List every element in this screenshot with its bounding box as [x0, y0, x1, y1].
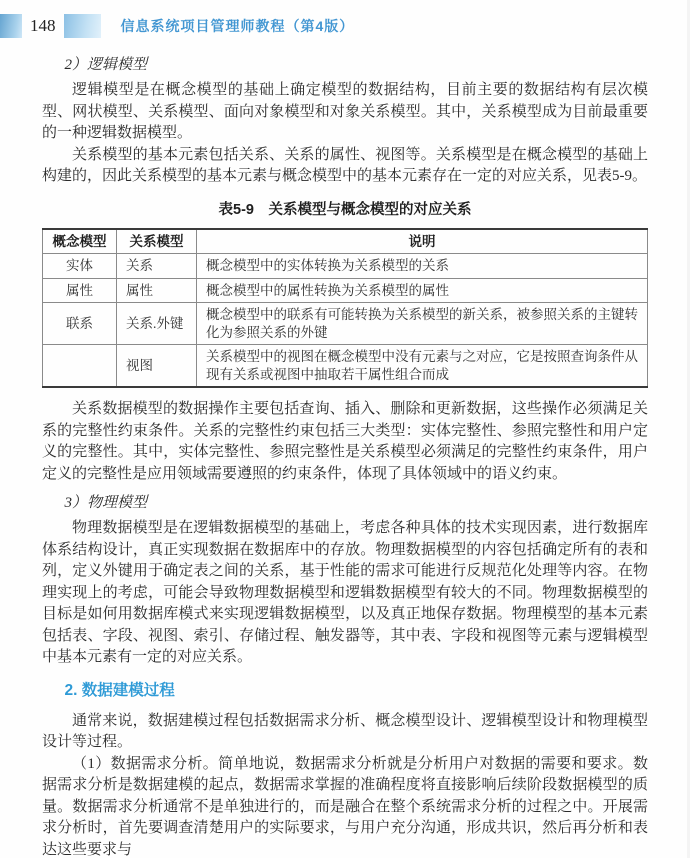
- header-decoration-bar: [64, 14, 101, 38]
- section-heading-data-modeling-process: 2. 数据建模过程: [42, 680, 648, 702]
- page-corner-decoration: [0, 14, 22, 38]
- cell-description: 概念模型中的属性转换为关系模型的属性: [197, 278, 648, 303]
- cell-relational: 属性: [117, 278, 197, 303]
- page-header: 148 信息系统项目管理师教程（第4版）: [0, 0, 690, 38]
- paragraph-relational-elements: 关系模型的基本元素包括关系、关系的属性、视图等。关系模型是在概念模型的基础上构建…: [42, 145, 648, 188]
- cell-relational: 视图: [117, 345, 197, 388]
- cell-concept: 联系: [43, 303, 117, 345]
- table-row: 联系 关系.外键 概念模型中的联系有可能转换为关系模型的新关系，被参照关系的主键…: [43, 303, 648, 345]
- column-header-description: 说明: [197, 229, 648, 254]
- table-caption: 表5-9 关系模型与概念模型的对应关系: [42, 200, 648, 220]
- cell-concept: [43, 345, 117, 388]
- page-content: 2）逻辑模型 逻辑模型是在概念模型的基础上确定模型的数据结构，目前主要的数据结构…: [42, 54, 648, 858]
- column-header-relational-model: 关系模型: [117, 229, 197, 254]
- paragraph-logical-model-intro: 逻辑模型是在概念模型的基础上确定模型的数据结构，目前主要的数据结构有层次模型、网…: [42, 80, 648, 145]
- paragraph-data-requirement-analysis: （1）数据需求分析。简单地说，数据需求分析就是分析用户对数据的需要和要求。数据需…: [42, 754, 648, 858]
- cell-concept: 属性: [43, 278, 117, 303]
- textbook-page: 148 信息系统项目管理师教程（第4版） 2）逻辑模型 逻辑模型是在概念模型的基…: [0, 0, 690, 858]
- cell-relational: 关系: [117, 254, 197, 279]
- book-title: 信息系统项目管理师教程（第4版）: [121, 16, 355, 36]
- paragraph-physical-model: 物理数据模型是在逻辑数据模型的基础上，考虑各种具体的技术实现因素，进行数据库体系…: [42, 518, 648, 669]
- relational-concept-mapping-table: 概念模型 关系模型 说明 实体 关系 概念模型中的实体转换为关系模型的关系 属性…: [42, 228, 648, 389]
- cell-relational: 关系.外键: [117, 303, 197, 345]
- cell-concept: 实体: [43, 254, 117, 279]
- cell-description: 概念模型中的联系有可能转换为关系模型的新关系，被参照关系的主键转化为参照关系的外…: [197, 303, 648, 345]
- subheading-physical-model: 3）物理模型: [42, 492, 648, 514]
- column-header-concept-model: 概念模型: [43, 229, 117, 254]
- page-number: 148: [30, 16, 56, 36]
- table-row: 视图 关系模型中的视图在概念模型中没有元素与之对应，它是按照查询条件从现有关系或…: [43, 345, 648, 388]
- paragraph-data-operations: 关系数据模型的数据操作主要包括查询、插入、删除和更新数据，这些操作必须满足关系的…: [42, 399, 648, 485]
- cell-description: 概念模型中的实体转换为关系模型的关系: [197, 254, 648, 279]
- cell-description: 关系模型中的视图在概念模型中没有元素与之对应，它是按照查询条件从现有关系或视图中…: [197, 345, 648, 388]
- subheading-logical-model: 2）逻辑模型: [42, 54, 648, 76]
- table-header-row: 概念模型 关系模型 说明: [43, 229, 648, 254]
- table-row: 实体 关系 概念模型中的实体转换为关系模型的关系: [43, 254, 648, 279]
- paragraph-modeling-process-overview: 通常来说，数据建模过程包括数据需求分析、概念模型设计、逻辑模型设计和物理模型设计…: [42, 711, 648, 754]
- table-row: 属性 属性 概念模型中的属性转换为关系模型的属性: [43, 278, 648, 303]
